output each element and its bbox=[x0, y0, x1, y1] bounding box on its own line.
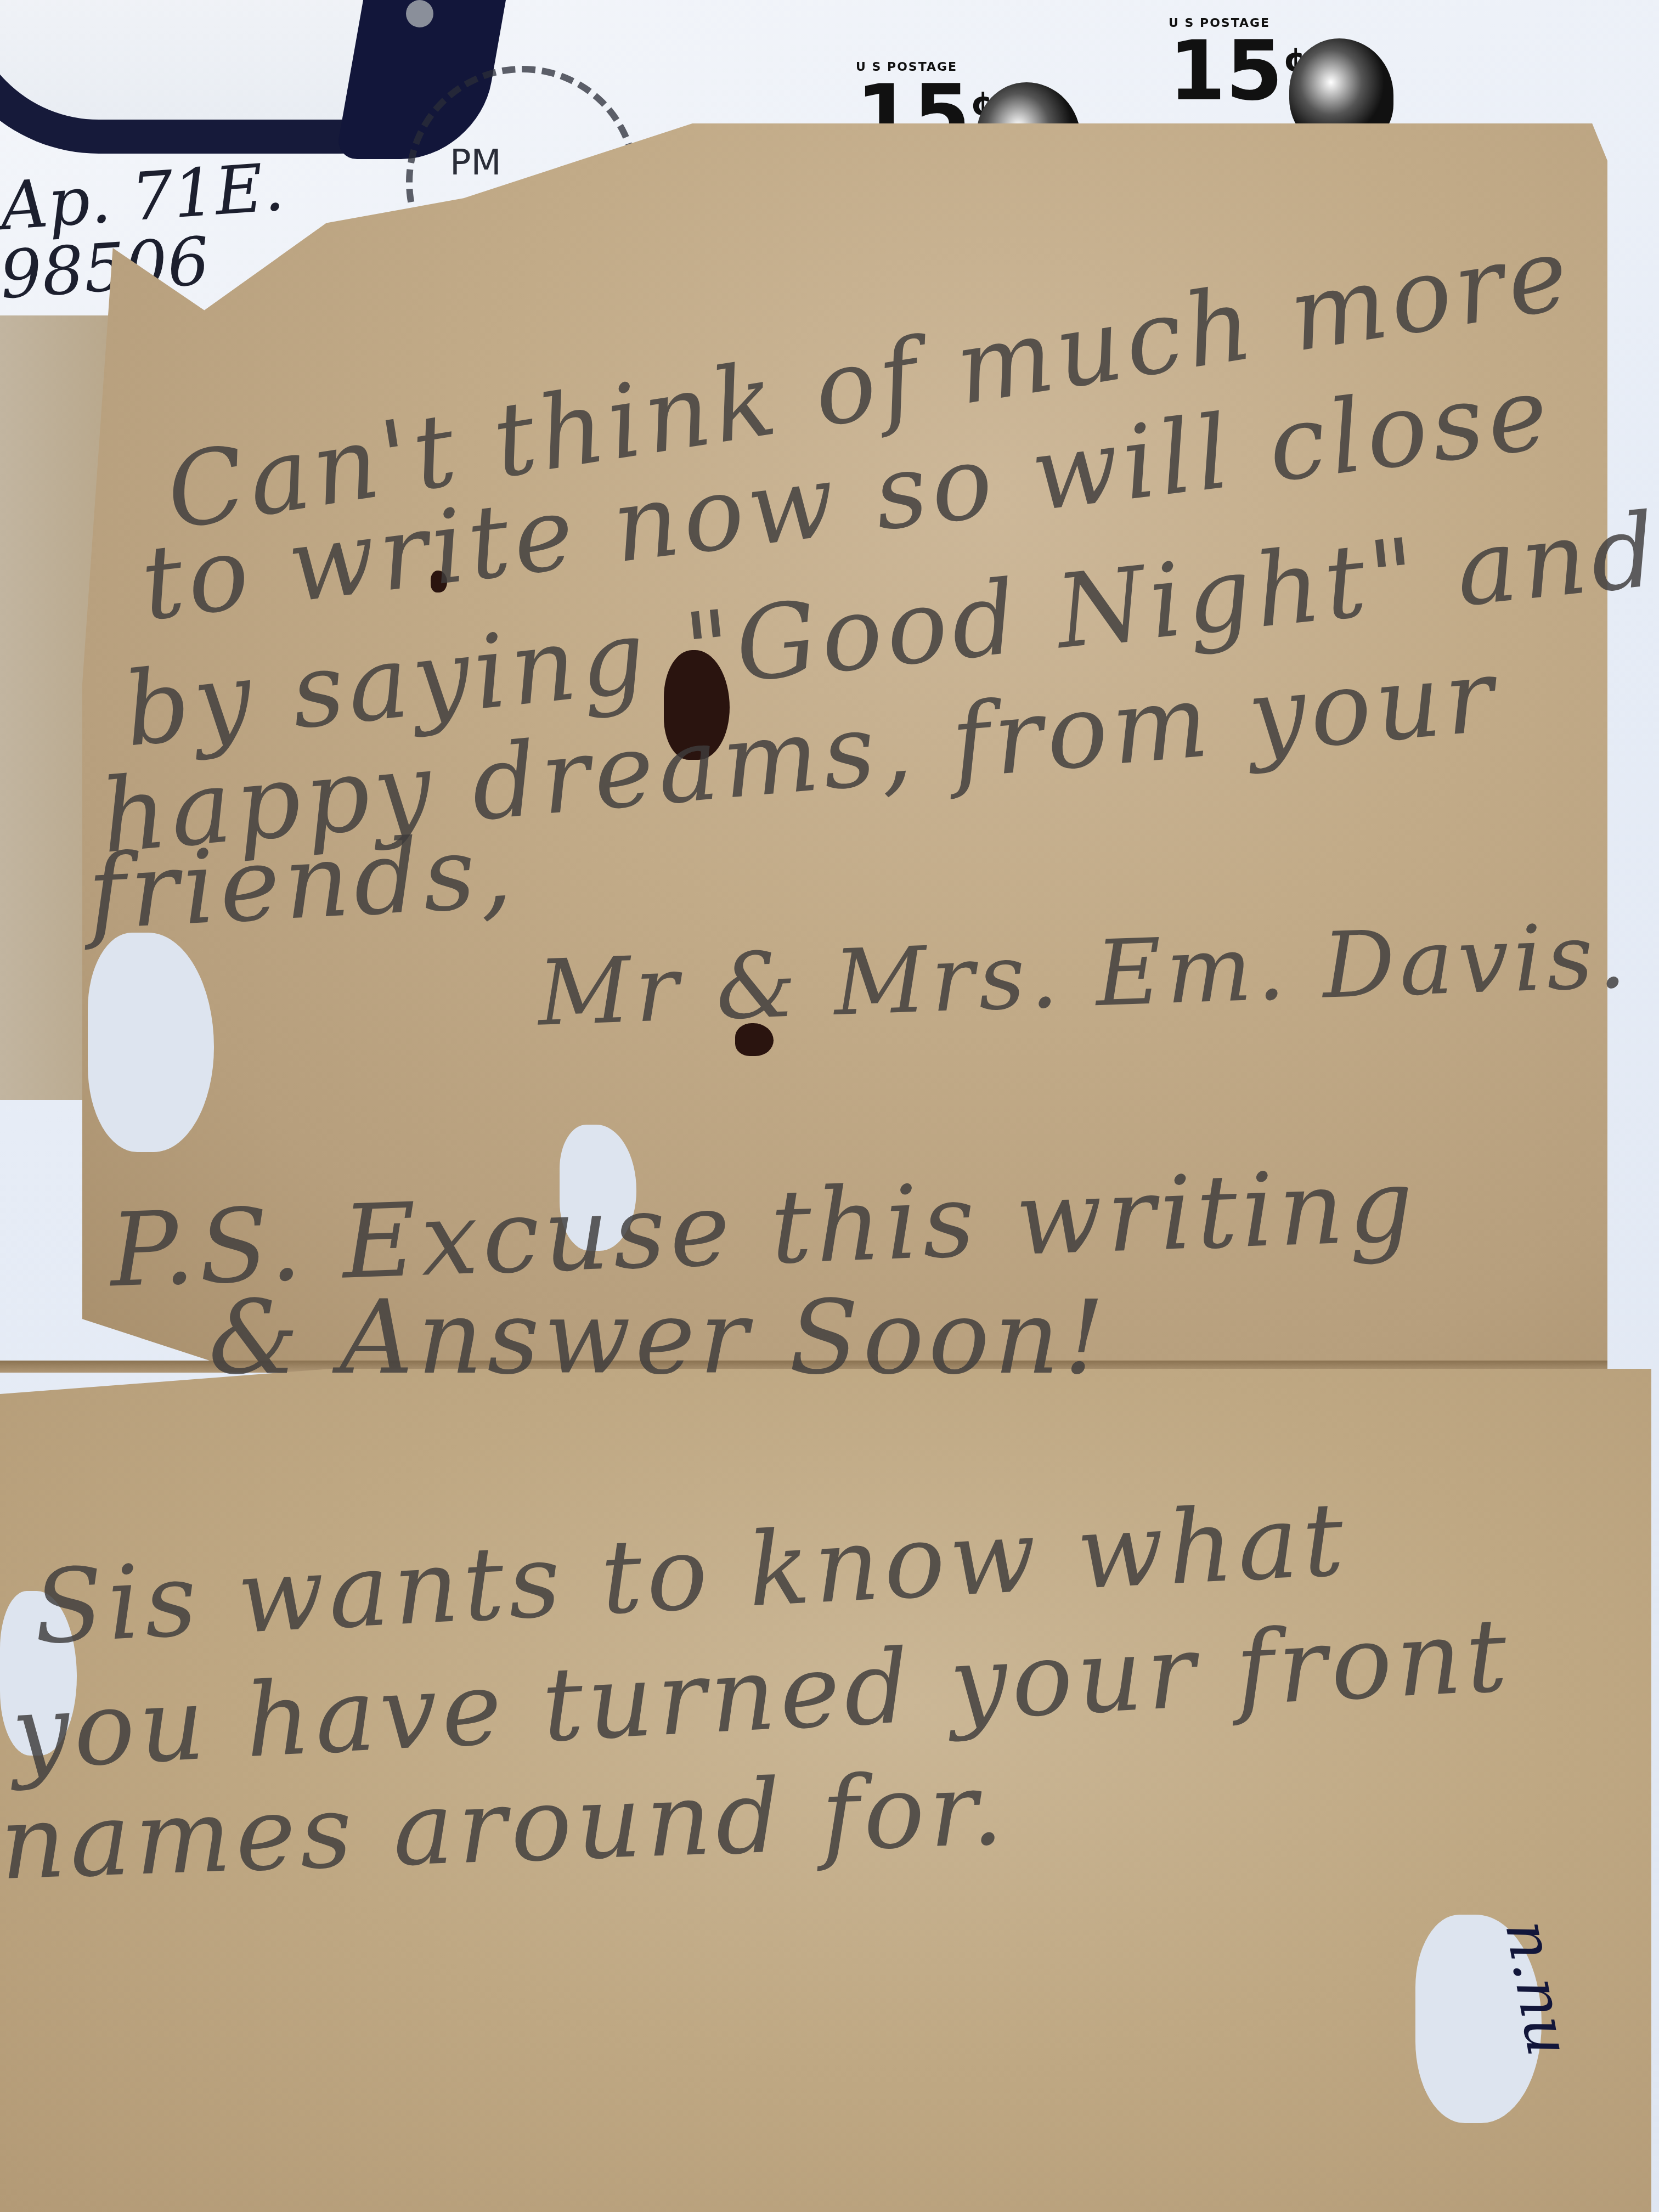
postscript-line-2: & Answer Soon! bbox=[208, 1278, 1109, 1397]
eyeglasses-hinge bbox=[406, 0, 433, 27]
postage-stamp-2: U S POSTAGE 15¢ bbox=[1169, 16, 1306, 112]
postmark-time: PM bbox=[450, 143, 501, 183]
stamp-value: 15 bbox=[1169, 24, 1283, 119]
letter-line-5: friends, bbox=[85, 812, 519, 953]
